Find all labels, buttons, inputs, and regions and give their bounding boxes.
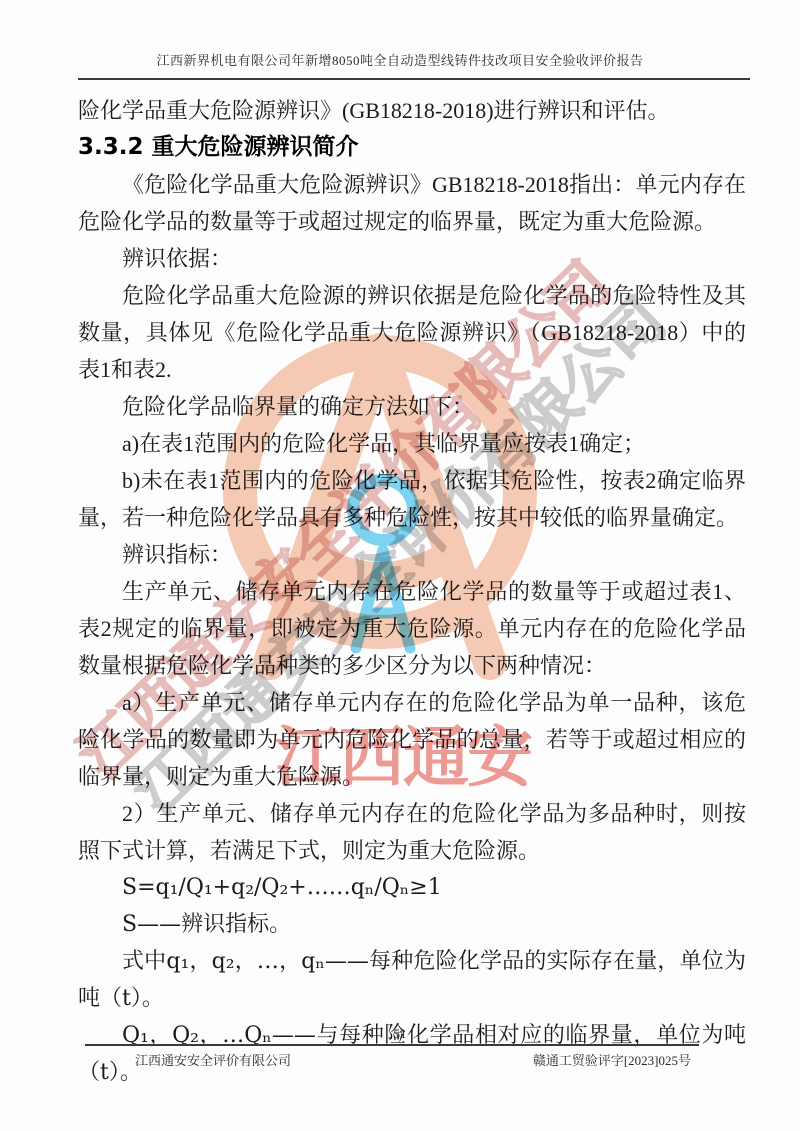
footer: 江西通安安全评价有限公司 赣通工贸验评字[2023]025号 — [85, 1051, 699, 1071]
body-paragraph: 危险化学品临界量的确定方法如下： — [78, 388, 746, 425]
body-paragraph: 险化学品重大危险源辨识》(GB18218-2018)进行辨识和评估。 — [78, 92, 746, 129]
report-page: 江西新界机电有限公司年新增8050吨全自动造型线铸件技改项目安全验收评价报告 险… — [0, 0, 800, 1131]
body-paragraph: b)未在表1范围内的危险化学品，依据其危险性，按表2确定临界量，若一种危险化学品… — [78, 462, 746, 536]
body-paragraph: 式中q₁，q₂，…，qₙ——每种危险化学品的实际存在量，单位为吨（t）。 — [78, 943, 746, 1017]
page-number: 51 — [0, 1026, 800, 1042]
footer-rule — [85, 1044, 699, 1046]
body-paragraph: 辨识依据： — [78, 240, 746, 277]
header-rule — [78, 78, 750, 80]
formula-line: S=q₁/Q₁+q₂/Q₂+……qₙ/Qₙ≥1 — [78, 869, 746, 906]
document-body: 险化学品重大危险源辨识》(GB18218-2018)进行辨识和评估。 3.3.2… — [78, 92, 746, 1091]
section-heading: 3.3.2 重大危险源辨识简介 — [78, 129, 746, 166]
body-paragraph: a）生产单元、储存单元内存在的危险化学品为单一品种，该危险化学品的数量即为单元内… — [78, 684, 746, 795]
body-paragraph: 2）生产单元、储存单元内存在的危险化学品为多品种时，则按照下式计算，若满足下式，… — [78, 795, 746, 869]
body-paragraph: 生产单元、储存单元内存在危险化学品的数量等于或超过表1、表2规定的临界量，即被定… — [78, 573, 746, 684]
header-report-title: 江西新界机电有限公司年新增8050吨全自动造型线铸件技改项目安全验收评价报告 — [0, 52, 800, 70]
body-paragraph: 《危险化学品重大危险源辨识》GB18218-2018指出：单元内存在危险化学品的… — [78, 166, 746, 240]
body-paragraph: a)在表1范围内的危险化学品，其临界量应按表1确定； — [78, 425, 746, 462]
body-paragraph: S——辨识指标。 — [78, 906, 746, 943]
body-paragraph: 辨识指标： — [78, 536, 746, 573]
footer-doc-number: 赣通工贸验评字[2023]025号 — [533, 1051, 691, 1071]
footer-company-name: 江西通安安全评价有限公司 — [135, 1051, 291, 1071]
body-paragraph: 危险化学品重大危险源的辨识依据是危险化学品的危险特性及其数量，具体见《危险化学品… — [78, 277, 746, 388]
